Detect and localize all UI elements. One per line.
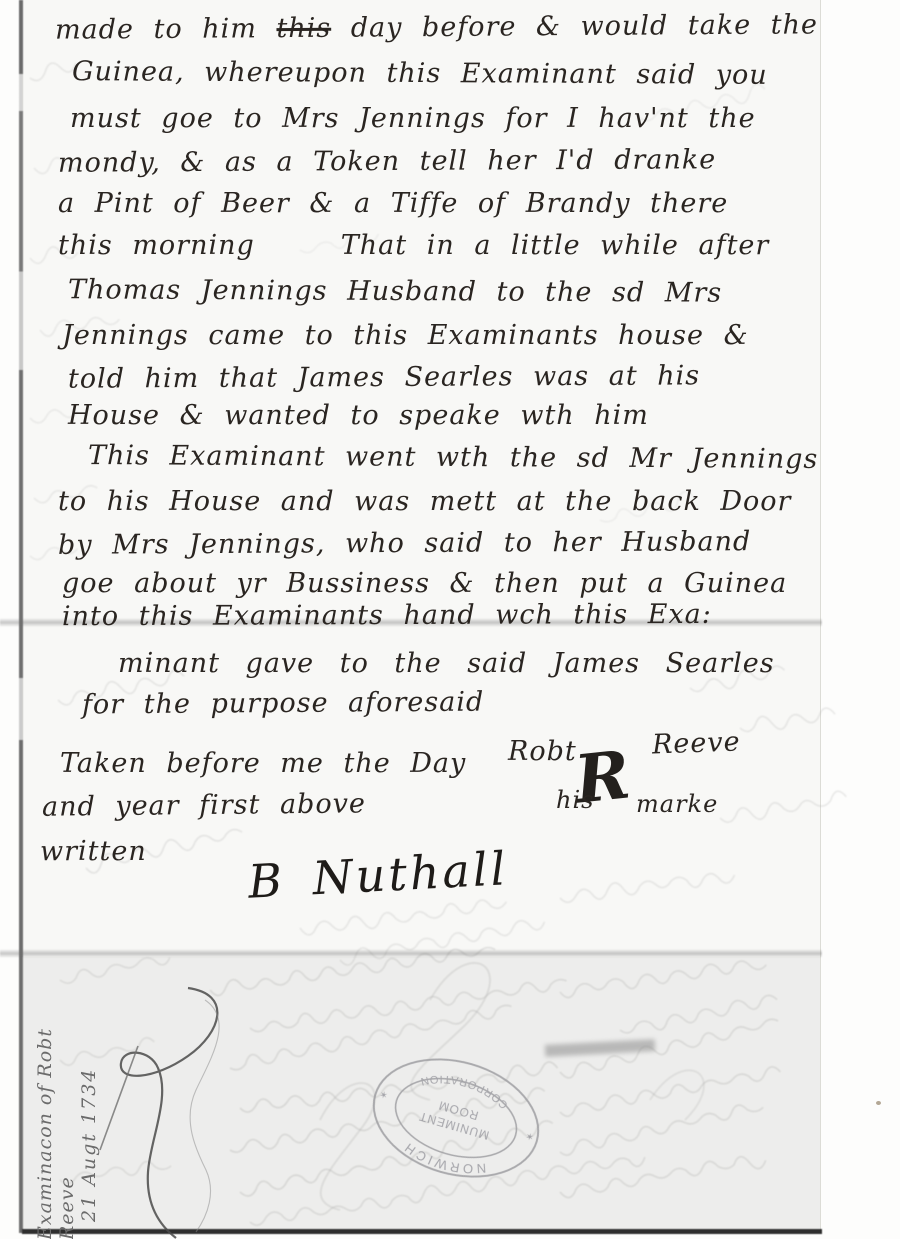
stamp-star-left-icon: ✶ bbox=[524, 1129, 535, 1142]
stamp-star-right-icon: ✶ bbox=[378, 1087, 389, 1100]
scanned-manuscript-page: made to him this day before & would take… bbox=[0, 0, 900, 1239]
